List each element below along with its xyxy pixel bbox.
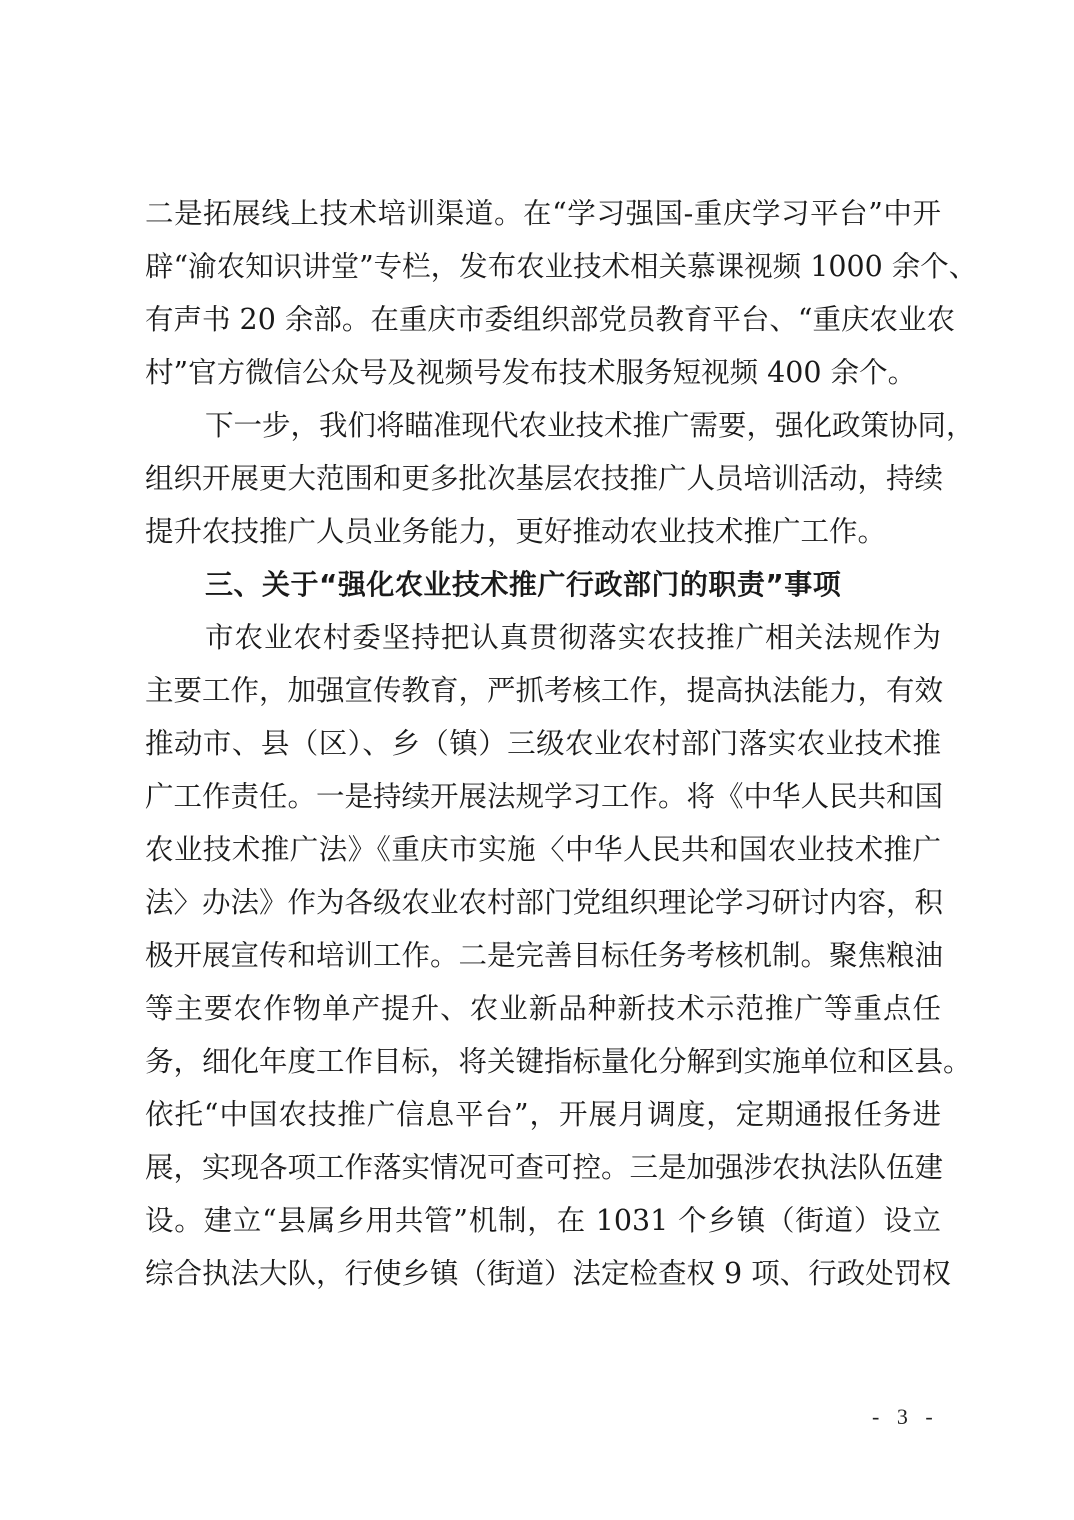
- paragraph-line: 市农业农村委坚持把认真贯彻落实农技推广相关法规作为: [205, 618, 941, 658]
- section-heading: 三、关于“强化农业技术推广行政部门的职责”事项: [205, 565, 941, 605]
- paragraph-line: 法〉办法》作为各级农业农村部门党组织理论学习研讨内容，积: [145, 883, 941, 923]
- paragraph-line: 展，实现各项工作落实情况可查可控。三是加强涉农执法队伍建: [145, 1148, 941, 1188]
- paragraph-line: 下一步，我们将瞄准现代农业技术推广需要，强化政策协同，: [205, 406, 941, 446]
- paragraph-line: 极开展宣传和培训工作。二是完善目标任务考核机制。聚焦粮油: [145, 936, 941, 976]
- paragraph-line: 有声书 20 余部。在重庆市委组织部党员教育平台、“重庆农业农: [145, 300, 941, 340]
- paragraph-line: 提升农技推广人员业务能力，更好推动农业技术推广工作。: [145, 512, 941, 552]
- paragraph-line: 推动市、县（区）、乡（镇）三级农业农村部门落实农业技术推: [145, 724, 941, 764]
- paragraph-line: 二是拓展线上技术培训渠道。在“学习强国-重庆学习平台”中开: [145, 194, 941, 234]
- paragraph-line: 务，细化年度工作目标，将关键指标量化分解到实施单位和区县。: [145, 1042, 941, 1082]
- paragraph-line: 依托“中国农技推广信息平台”，开展月调度，定期通报任务进: [145, 1095, 941, 1135]
- paragraph-line: 综合执法大队，行使乡镇（街道）法定检查权 9 项、行政处罚权: [145, 1254, 941, 1294]
- page-number: - 3 -: [872, 1402, 939, 1432]
- paragraph-line: 广工作责任。一是持续开展法规学习工作。将《中华人民共和国: [145, 777, 941, 817]
- document-page: 二是拓展线上技术培训渠道。在“学习强国-重庆学习平台”中开 辟“渝农知识讲堂”专…: [0, 0, 1074, 1520]
- paragraph-line: 设。建立“县属乡用共管”机制，在 1031 个乡镇（街道）设立: [145, 1201, 941, 1241]
- paragraph-line: 村”官方微信公众号及视频号发布技术服务短视频 400 余个。: [145, 353, 941, 393]
- paragraph-line: 主要工作，加强宣传教育，严抓考核工作，提高执法能力，有效: [145, 671, 941, 711]
- paragraph-line: 组织开展更大范围和更多批次基层农技推广人员培训活动，持续: [145, 459, 941, 499]
- paragraph-line: 辟“渝农知识讲堂”专栏，发布农业技术相关慕课视频 1000 余个、: [145, 247, 941, 287]
- paragraph-line: 等主要农作物单产提升、农业新品种新技术示范推广等重点任: [145, 989, 941, 1029]
- paragraph-line: 农业技术推广法》《重庆市实施〈中华人民共和国农业技术推广: [145, 830, 941, 870]
